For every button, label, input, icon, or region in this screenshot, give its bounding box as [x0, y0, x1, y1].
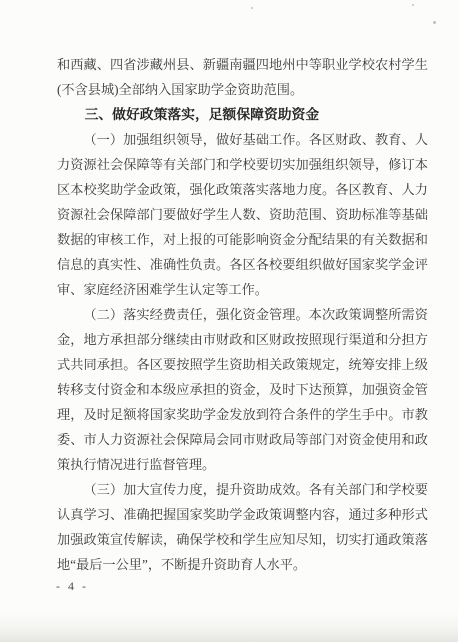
page-number: - 4 -	[56, 578, 89, 594]
scan-speck	[433, 21, 436, 24]
document-page: 和西藏、四省涉藏州县、新疆南疆四地州中等职业学校农村学生(不含县城)全部纳入国家…	[0, 0, 458, 642]
document-body: 和西藏、四省涉藏州县、新疆南疆四地州中等职业学校农村学生(不含县城)全部纳入国家…	[57, 52, 428, 577]
scan-speck	[412, 4, 414, 6]
paragraph-item-3: （三）加大宣传力度，提升资助成效。各有关部门和学校要认真学习、准确把握国家奖助学…	[57, 477, 428, 577]
paragraph-item-1: （一）加强组织领导，做好基础工作。各区财政、教育、人力资源社会保障等有关部门和学…	[57, 127, 428, 302]
scan-shadow-bottom	[0, 612, 458, 642]
continuation-paragraph: 和西藏、四省涉藏州县、新疆南疆四地州中等职业学校农村学生(不含县城)全部纳入国家…	[57, 52, 428, 102]
paragraph-item-2: （二）落实经费责任，强化资金管理。本次政策调整所需资金，地方承担部分继续由市财政…	[57, 302, 428, 477]
section-heading: 三、做好政策落实，足额保障资助资金	[57, 102, 428, 127]
scan-speck	[251, 7, 253, 9]
